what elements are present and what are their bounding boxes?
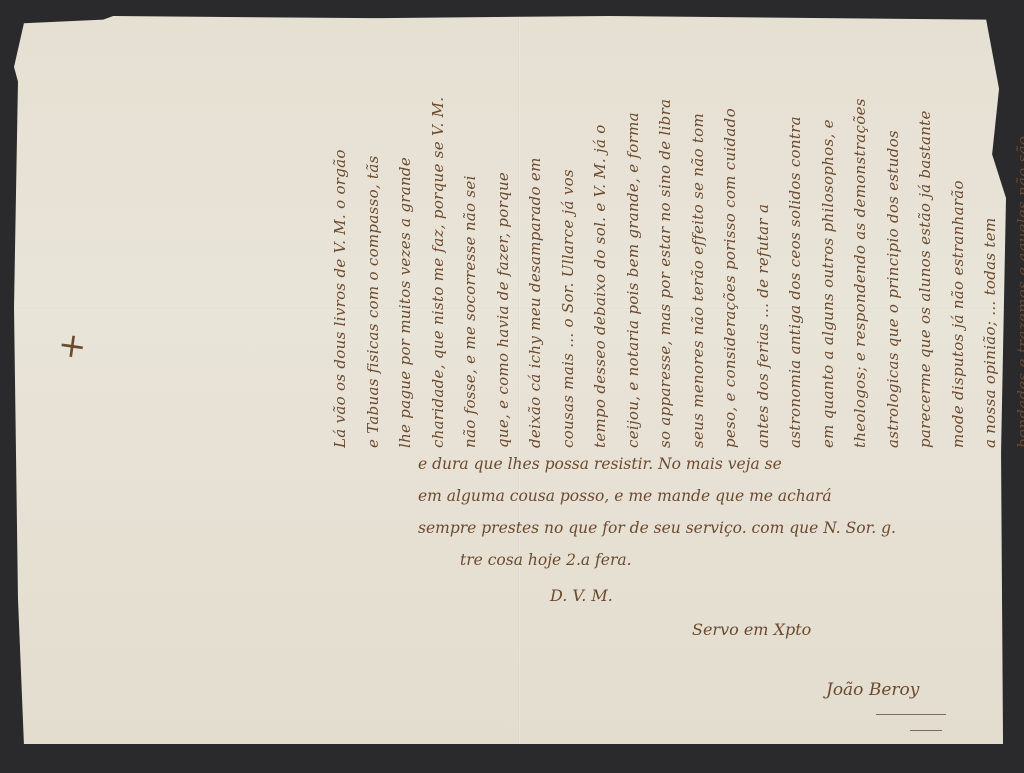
servant-line: Servo em Xpto	[692, 620, 811, 639]
closing-salutation: D. V. M.	[550, 586, 613, 605]
vertical-line: peso, e considerações porisso com cuidad…	[714, 18, 747, 448]
vertical-line: ceijou, e notaria pois bem grande, e for…	[617, 18, 650, 448]
horizontal-letter-body: e dura que lhes possa resistir. No mais …	[418, 448, 978, 576]
horizontal-line: em alguma cousa posso, e me mande que me…	[418, 480, 978, 512]
signature: João Beroy	[826, 680, 919, 700]
signature-flourish	[910, 730, 942, 731]
vertical-line: que, e como havia de fazer, porque	[487, 18, 520, 448]
horizontal-line: tre cosa hoje 2.a fera.	[418, 544, 978, 576]
vertical-line: a nossa opinião; ... todas tem	[974, 18, 1007, 448]
vertical-letter-body: Lá vão os dous livros de V. M. o orgão e…	[324, 18, 979, 448]
vertical-line: so apparesse, mas por estar no sino de l…	[649, 18, 682, 448]
margin-cross-mark: +	[55, 324, 89, 368]
horizontal-line: sempre prestes no que for de seu serviço…	[418, 512, 978, 544]
vertical-line: mode disputos já não estranharão	[942, 18, 975, 448]
horizontal-line: e dura que lhes possa resistir. No mais …	[418, 448, 978, 480]
vertical-line: em quanto a alguns outros philosophos, e	[812, 18, 845, 448]
vertical-line: astrologicas que o principio dos estudos	[877, 18, 910, 448]
vertical-line: e Tabuas fisicas com o compasso, tãs	[357, 18, 390, 448]
vertical-line: astronomia antiga dos ceos solidos contr…	[779, 18, 812, 448]
vertical-line: Lá vão os dous livros de V. M. o orgão	[324, 18, 357, 448]
vertical-line: parecerme que os alunos estão já bastant…	[909, 18, 942, 448]
vertical-line: bondades e trazemos e aqueles não são	[1007, 18, 1024, 448]
vertical-line: charidade, que nisto me faz, porque se V…	[422, 18, 455, 448]
vertical-line: não fosse, e me socorresse não sei	[454, 18, 487, 448]
vertical-line: lhe pague por muitos vezes a grande	[389, 18, 422, 448]
vertical-line: antes dos ferias ... de refutar a	[747, 18, 780, 448]
signature-underline	[876, 714, 946, 715]
vertical-line: tempo desseo debaixo do sol. e V. M. já …	[584, 18, 617, 448]
vertical-line: theologos; e respondendo as demonstraçõe…	[844, 18, 877, 448]
vertical-line: seus menores não terão effeito se não to…	[682, 18, 715, 448]
vertical-line: deixão cá ichy meu desamparado em	[519, 18, 552, 448]
vertical-line: cousas mais ... o Sor. Ullarce já vos	[552, 18, 585, 448]
